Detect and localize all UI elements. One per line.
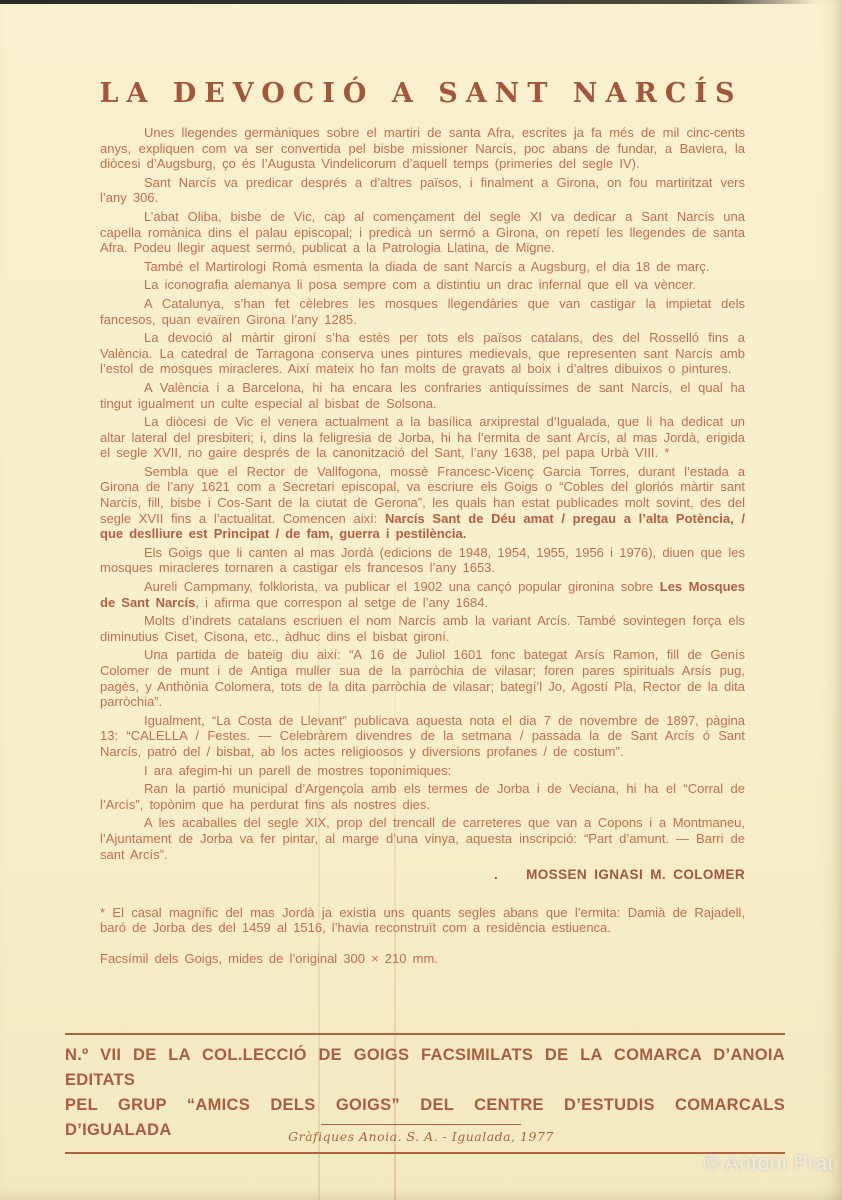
copyright-watermark: © Antoni Prat	[703, 1152, 834, 1176]
paragraph: La iconografia alemanya li posa sempre c…	[100, 277, 745, 293]
page-title: LA DEVOCIÓ A SANT NARCÍS	[0, 78, 842, 109]
paragraph: La devoció al màrtir gironí s’ha estès p…	[100, 330, 745, 377]
signature-line: . MOSSEN IGNASI M. COLOMER	[100, 867, 745, 883]
footnote: * El casal magnífic del mas Jordà ja exi…	[100, 905, 745, 936]
printer-imprint-block: Gràfiques Anoia. S. A. - Igualada, 1977	[0, 1124, 842, 1144]
printer-imprint: Gràfiques Anoia. S. A. - Igualada, 1977	[288, 1129, 554, 1144]
scan-top-edge	[0, 0, 842, 4]
document-page: LA DEVOCIÓ A SANT NARCÍS Unes llegendes …	[0, 0, 842, 1200]
paragraph: La diòcesi de Vic el venera actualment a…	[100, 414, 745, 461]
printer-rule	[321, 1124, 521, 1125]
paragraph: Molts d’indrets catalans escriuen el nom…	[100, 613, 745, 644]
paragraph: L’abat Oliba, bisbe de Vic, cap al comen…	[100, 209, 745, 256]
paragraph: A València i a Barcelona, hi ha encara l…	[100, 380, 745, 411]
body-paragraphs: Unes llegendes germàniques sobre el mart…	[100, 125, 745, 862]
paragraph: Aureli Campmany, folklorista, va publica…	[100, 579, 745, 610]
paragraph: Els Goigs que li canten al mas Jordà (ed…	[100, 545, 745, 576]
paragraph: Unes llegendes germàniques sobre el mart…	[100, 125, 745, 172]
author-name: MOSSEN IGNASI M. COLOMER	[526, 867, 745, 883]
paragraph: Ran la partió municipal d’Argençola amb …	[100, 781, 745, 812]
paragraph: Sembla que el Rector de Vallfogona, moss…	[100, 464, 745, 542]
paragraph: I ara afegim-hi un parell de mostres top…	[100, 763, 745, 779]
paragraph: Una partida de bateig diu així: “A 16 de…	[100, 647, 745, 709]
paragraph: A les acaballes del segle XIX, prop del …	[100, 815, 745, 862]
paragraph: També el Martirologi Romà esmenta la dia…	[100, 259, 745, 275]
signature-dot: .	[494, 867, 498, 883]
paragraph: Igualment, “La Costa de Llevant” publica…	[100, 713, 745, 760]
article-body: Unes llegendes germàniques sobre el mart…	[100, 125, 745, 967]
facsimile-note: Facsímil dels Goigs, mides de l’original…	[100, 951, 745, 967]
paragraph: A Catalunya, s’han fet cèlebres les mosq…	[100, 296, 745, 327]
paragraph: Sant Narcís va predicar després a d’altr…	[100, 175, 745, 206]
colophon-line: N.º VII DE LA COL.LECCIÓ DE GOIGS FACSIM…	[65, 1043, 785, 1093]
